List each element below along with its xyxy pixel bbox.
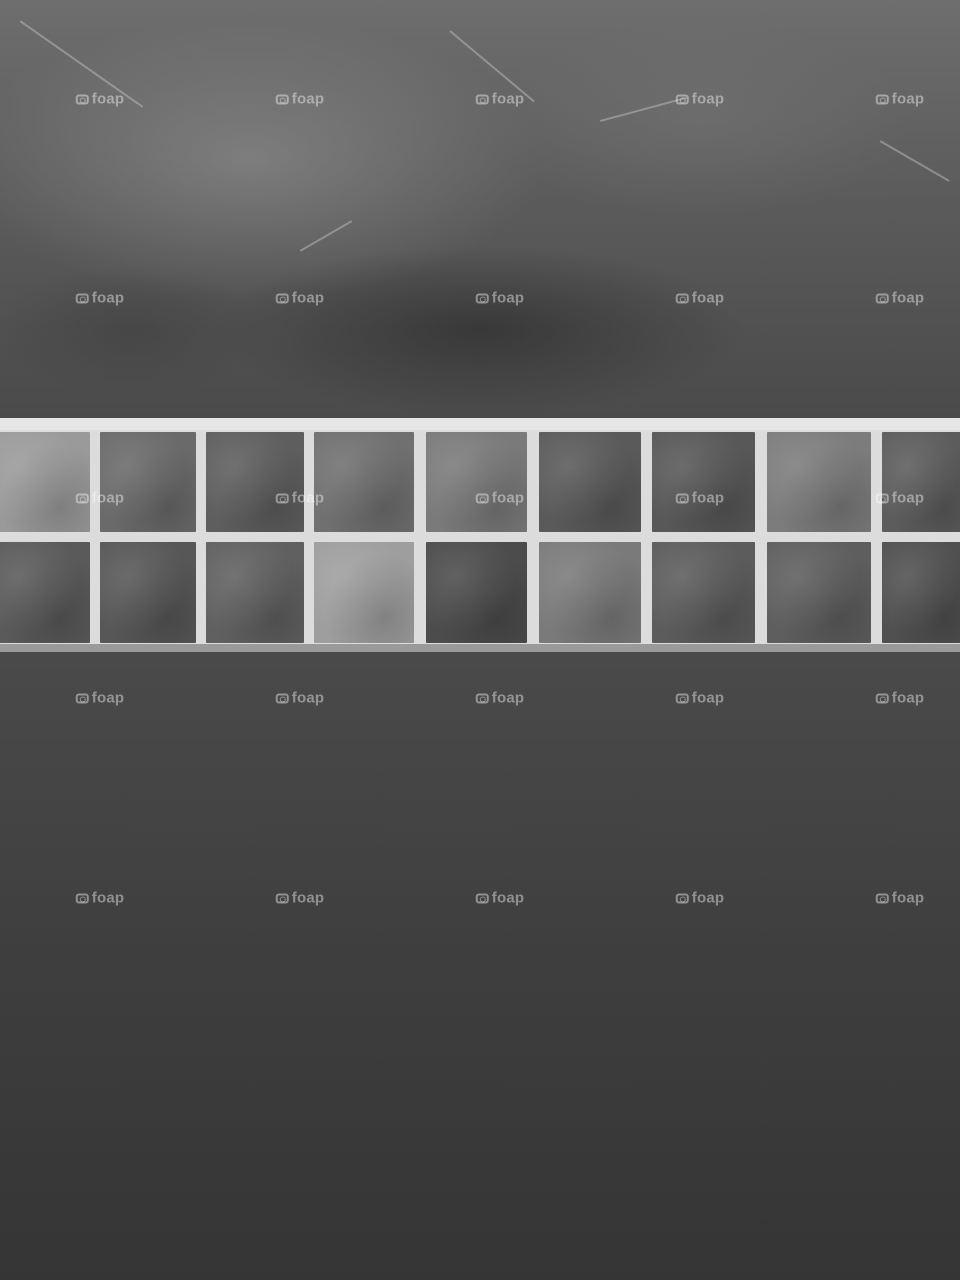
watermark-text: foap: [692, 490, 724, 507]
mosaic-tile: [767, 432, 871, 532]
foap-watermark: foap: [276, 91, 324, 108]
foap-watermark: foap: [76, 890, 124, 907]
foap-watermark: foap: [276, 290, 324, 307]
foap-watermark: foap: [276, 890, 324, 907]
camera-icon: [876, 94, 889, 104]
camera-icon: [276, 693, 289, 703]
camera-icon: [676, 893, 689, 903]
stone-vein: [300, 220, 353, 252]
foap-watermark: foap: [476, 490, 524, 507]
watermark-text: foap: [692, 690, 724, 707]
mosaic-tile: [539, 432, 641, 532]
camera-icon: [676, 94, 689, 104]
foap-watermark: foap: [876, 690, 924, 707]
foap-watermark: foap: [476, 890, 524, 907]
watermark-text: foap: [92, 690, 124, 707]
mosaic-tile: [206, 432, 304, 532]
watermark-text: foap: [492, 890, 524, 907]
watermark-text: foap: [892, 290, 924, 307]
camera-icon: [76, 893, 89, 903]
mosaic-tile: [0, 542, 90, 643]
camera-icon: [76, 493, 89, 503]
foap-watermark: foap: [476, 290, 524, 307]
watermark-text: foap: [292, 490, 324, 507]
camera-icon: [276, 893, 289, 903]
camera-icon: [276, 493, 289, 503]
mosaic-tile: [426, 542, 527, 643]
foap-watermark: foap: [876, 290, 924, 307]
watermark-text: foap: [492, 490, 524, 507]
camera-icon: [476, 893, 489, 903]
stone-vein: [600, 97, 687, 122]
mosaic-tile: [652, 432, 755, 532]
watermark-text: foap: [92, 290, 124, 307]
foap-watermark: foap: [76, 290, 124, 307]
camera-icon: [476, 693, 489, 703]
watermark-text: foap: [92, 490, 124, 507]
watermark-text: foap: [892, 890, 924, 907]
foap-watermark: foap: [676, 290, 724, 307]
foap-watermark: foap: [876, 890, 924, 907]
foap-watermark: foap: [476, 690, 524, 707]
mosaic-tile: [314, 542, 414, 643]
watermark-text: foap: [892, 91, 924, 108]
foap-watermark: foap: [876, 490, 924, 507]
camera-icon: [676, 493, 689, 503]
camera-icon: [276, 94, 289, 104]
watermark-text: foap: [892, 690, 924, 707]
upper-slate-slab: [0, 0, 960, 420]
foap-watermark: foap: [76, 490, 124, 507]
mosaic-tile: [882, 542, 960, 643]
foap-watermark: foap: [76, 91, 124, 108]
watermark-text: foap: [92, 91, 124, 108]
slate-tile-photo: foapfoapfoapfoapfoapfoapfoapfoapfoapfoap…: [0, 0, 960, 1280]
camera-icon: [76, 94, 89, 104]
camera-icon: [676, 293, 689, 303]
mosaic-tile: [426, 432, 527, 532]
watermark-text: foap: [292, 690, 324, 707]
foap-watermark: foap: [76, 690, 124, 707]
mosaic-tile: [652, 542, 755, 643]
watermark-text: foap: [92, 890, 124, 907]
camera-icon: [876, 893, 889, 903]
foap-watermark: foap: [876, 91, 924, 108]
mosaic-tile: [539, 542, 641, 643]
mosaic-tile: [314, 432, 414, 532]
foap-watermark: foap: [676, 890, 724, 907]
mosaic-tile: [882, 432, 960, 532]
camera-icon: [76, 293, 89, 303]
mosaic-tile: [767, 542, 871, 643]
foap-watermark: foap: [676, 91, 724, 108]
camera-icon: [76, 693, 89, 703]
watermark-text: foap: [692, 290, 724, 307]
lower-slate-slab: [0, 652, 960, 1280]
stone-vein: [880, 140, 950, 182]
watermark-text: foap: [492, 690, 524, 707]
watermark-text: foap: [292, 91, 324, 108]
watermark-text: foap: [692, 890, 724, 907]
mosaic-border: [0, 430, 960, 645]
foap-watermark: foap: [676, 690, 724, 707]
camera-icon: [876, 493, 889, 503]
camera-icon: [676, 693, 689, 703]
watermark-text: foap: [292, 290, 324, 307]
mosaic-tile: [0, 432, 90, 532]
watermark-text: foap: [892, 490, 924, 507]
watermark-text: foap: [692, 91, 724, 108]
foap-watermark: foap: [476, 91, 524, 108]
mosaic-tile: [100, 432, 196, 532]
camera-icon: [476, 293, 489, 303]
watermark-text: foap: [292, 890, 324, 907]
camera-icon: [276, 293, 289, 303]
foap-watermark: foap: [276, 490, 324, 507]
watermark-text: foap: [492, 91, 524, 108]
grout-line-top: [0, 418, 960, 430]
camera-icon: [476, 493, 489, 503]
camera-icon: [876, 293, 889, 303]
camera-icon: [876, 693, 889, 703]
mosaic-tile: [100, 542, 196, 643]
camera-icon: [476, 94, 489, 104]
grout-line-bottom: [0, 644, 960, 652]
mosaic-tile: [206, 542, 304, 643]
foap-watermark: foap: [276, 690, 324, 707]
watermark-text: foap: [492, 290, 524, 307]
foap-watermark: foap: [676, 490, 724, 507]
